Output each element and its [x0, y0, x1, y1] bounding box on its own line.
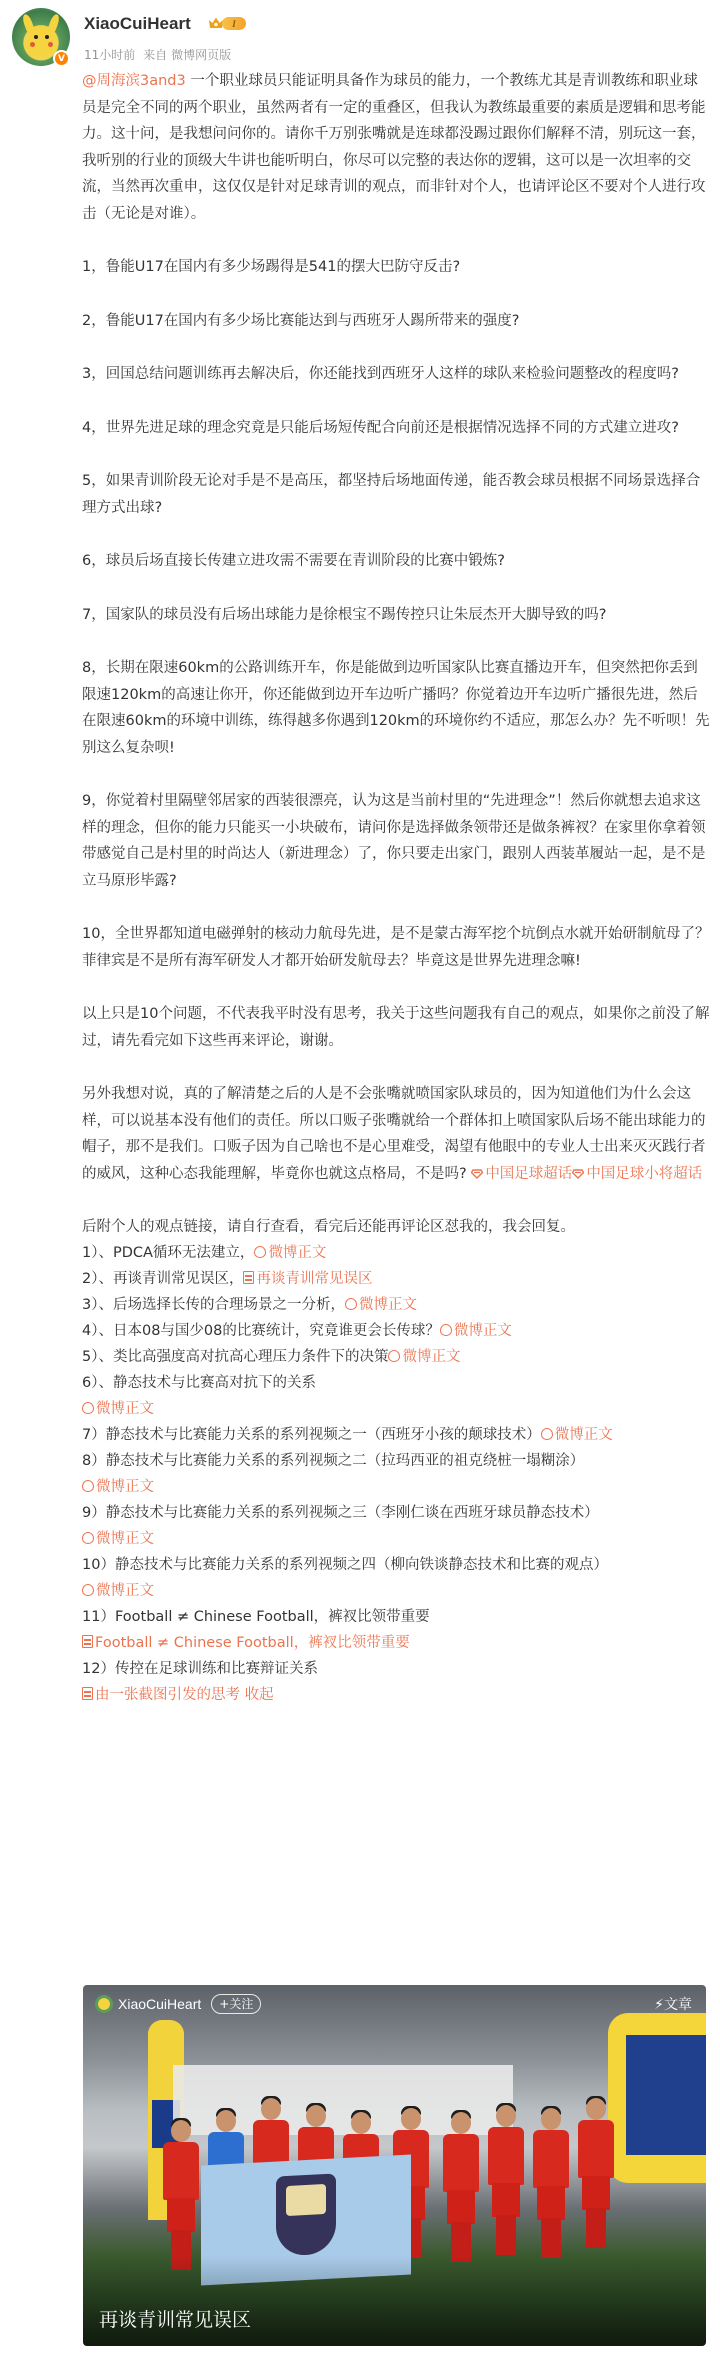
list-item: 11）Football ≠ Chinese Football，裤衩比领带重要Fo…: [82, 1604, 710, 1656]
list-item-text: 10）静态技术与比赛能力关系的系列视频之四（柳向铁谈静态技术和比赛的观点）: [82, 1557, 608, 1573]
avatar-cheek: [30, 42, 35, 47]
list-item: 1）、PDCA循环无法建立，微博正文: [82, 1240, 710, 1266]
link-label: 微博正文: [96, 1401, 154, 1417]
weibo-post-link[interactable]: 微博正文: [82, 1401, 154, 1417]
collapse-button[interactable]: 收起: [245, 1687, 274, 1703]
weibo-icon: [440, 1324, 452, 1336]
post-source[interactable]: 微博网页版: [171, 48, 231, 62]
link-label: 微博正文: [359, 1297, 417, 1313]
intro-paragraph: @周海滨3and3 一个职业球员只能证明具备作为球员的能力，一个教练尤其是青训教…: [82, 68, 710, 227]
card-overlay: [83, 2256, 706, 2346]
article-link[interactable]: 再谈青训常见误区: [243, 1271, 372, 1287]
links-intro: 后附个人的观点链接，请自行查看，看完后还能再评论区怼我的，我会回复。: [82, 1214, 710, 1240]
link-label: Football ≠ Chinese Football，裤衩比领带重要: [95, 1635, 410, 1651]
question-2: 2，鲁能U17在国内有多少场比赛能达到与西班牙人踢所带来的强度?: [82, 308, 710, 335]
list-item: 8）静态技术与比赛能力关系的系列视频之二（拉玛西亚的祖克绕桩一塌糊涂）微博正文: [82, 1448, 710, 1500]
list-item-text: 4）、日本08与国少08的比赛统计，究竟谁更会长传球？: [82, 1323, 440, 1339]
list-item: 6）、静态技术与比赛高对抗下的关系微博正文: [82, 1370, 710, 1422]
author-name[interactable]: XiaoCuiHeart: [84, 14, 191, 34]
list-item-text: 8）静态技术与比赛能力关系的系列视频之二（拉玛西亚的祖克绕桩一塌糊涂）: [82, 1453, 584, 1469]
list-item-text: 3）、后场选择长传的合理场景之一分析，: [82, 1297, 345, 1313]
article-link[interactable]: 由一张截图引发的思考: [82, 1687, 240, 1703]
weibo-post-link[interactable]: 微博正文: [440, 1323, 512, 1339]
closing-paragraph: 另外我想对说，真的了解清楚之后的人是不会张嘴就喷国家队球员的，因为知道他们为什么…: [82, 1081, 710, 1187]
list-item-text: 7）静态技术与比赛能力关系的系列视频之一（西班牙小孩的颠球技术）: [82, 1427, 541, 1443]
list-item: 4）、日本08与国少08的比赛统计，究竟谁更会长传球？微博正文: [82, 1318, 710, 1344]
link-label: 微博正文: [268, 1245, 326, 1261]
question-9: 9，你觉着村里隔壁邻居家的西装很漂亮，认为这是当前村里的“先进理念”！然后你就想…: [82, 788, 710, 894]
article-card[interactable]: XiaoCuiHeart +关注 ⚡文章 再谈青训常见误区: [83, 1985, 706, 2346]
list-item-text: 12）传控在足球训练和比赛辩证关系: [82, 1661, 318, 1677]
list-item: 3）、后场选择长传的合理场景之一分析，微博正文: [82, 1292, 710, 1318]
article-type-label: ⚡文章: [654, 1994, 692, 2014]
supertopic-icon: [471, 1169, 483, 1179]
weibo-icon: [254, 1246, 266, 1258]
intro-text: 一个职业球员只能证明具备作为球员的能力，一个教练尤其是青训教练和职业球员是完全不…: [82, 73, 706, 222]
link-label: 由一张截图引发的思考: [95, 1687, 240, 1703]
list-item-text: 5）、类比高强度高对抗高心理压力条件下的决策: [82, 1349, 388, 1365]
avatar-cheek: [48, 42, 53, 47]
weibo-post-link[interactable]: 微博正文: [82, 1583, 154, 1599]
link-label: 微博正文: [402, 1349, 460, 1365]
supertopic-icon: [572, 1169, 584, 1179]
summary-paragraph: 以上只是10个问题，不代表我平时没有思考，我关于这些问题我有自己的观点，如果你之…: [82, 1001, 710, 1054]
article-icon: [243, 1271, 254, 1284]
avatar-eye: [45, 35, 49, 39]
card-author: XiaoCuiHeart +关注: [95, 1994, 261, 2014]
link-label: 微博正文: [454, 1323, 512, 1339]
weibo-post-link[interactable]: 微博正文: [82, 1531, 154, 1547]
question-3: 3，回国总结问题训练再去解决后，你还能找到西班牙人这样的球队来检验问题整改的程度…: [82, 361, 710, 388]
list-item-text: 6）、静态技术与比赛高对抗下的关系: [82, 1375, 316, 1391]
weibo-post-link[interactable]: 微博正文: [82, 1479, 154, 1495]
question-8: 8，长期在限速60km的公路训练开车，你是能做到边听国家队比赛直播边开车，但突然…: [82, 655, 710, 761]
link-label: 微博正文: [96, 1479, 154, 1495]
question-10: 10，全世界都知道电磁弹射的核动力航母先进，是不是蒙古海军挖个坑倒点水就开始研制…: [82, 921, 710, 974]
mention-link[interactable]: @周海滨3and3: [82, 73, 186, 89]
weibo-icon: [82, 1532, 94, 1544]
player-figure: [163, 2120, 199, 2270]
weibo-icon: [82, 1584, 94, 1596]
question-1: 1，鲁能U17在国内有多少场踢得是541的摆大巴防守反击?: [82, 254, 710, 281]
verified-badge-icon: V: [53, 50, 70, 67]
list-item-text: 9）静态技术与比赛能力关系的系列视频之三（李刚仁谈在西班牙球员静态技术）: [82, 1505, 599, 1521]
article-link[interactable]: Football ≠ Chinese Football，裤衩比领带重要: [82, 1635, 410, 1651]
list-item: 9）静态技术与比赛能力关系的系列视频之三（李刚仁谈在西班牙球员静态技术）微博正文: [82, 1500, 710, 1552]
card-author-name[interactable]: XiaoCuiHeart: [118, 1996, 201, 2012]
player-figure: [443, 2112, 479, 2262]
list-item-text: 2）、再谈青训常见误区，: [82, 1271, 243, 1287]
list-item: 10）静态技术与比赛能力关系的系列视频之四（柳向铁谈静态技术和比赛的观点）微博正…: [82, 1552, 710, 1604]
weibo-post-link[interactable]: 微博正文: [345, 1297, 417, 1313]
level-badge[interactable]: I: [222, 17, 246, 30]
article-title[interactable]: 再谈青训常见误区: [99, 2305, 251, 2332]
list-item: 5）、类比高强度高对抗高心理压力条件下的决策微博正文: [82, 1344, 710, 1370]
list-item: 2）、再谈青训常见误区，再谈青训常见误区: [82, 1266, 710, 1292]
post-header: V XiaoCuiHeart I 11小时前 来自微博网页版: [12, 8, 712, 68]
card-avatar[interactable]: [95, 1995, 113, 2013]
topic-link-2[interactable]: 中国足球小将超话: [572, 1166, 702, 1182]
question-6: 6，球员后场直接长传建立进攻需不需要在青训阶段的比赛中锻炼?: [82, 548, 710, 575]
question-5: 5，如果青训阶段无论对手是不是高压，都坚持后场地面传递，能否教会球员根据不同场景…: [82, 468, 710, 521]
list-item: 12）传控在足球训练和比赛辩证关系由一张截图引发的思考 收起: [82, 1656, 710, 1708]
question-7: 7，国家队的球员没有后场出球能力是徐根宝不踢传控只让朱辰杰开大脚导致的吗?: [82, 602, 710, 629]
follow-button[interactable]: +关注: [211, 1994, 261, 2014]
source-prefix: 来自: [143, 48, 167, 62]
link-label: 微博正文: [96, 1583, 154, 1599]
weibo-icon: [82, 1480, 94, 1492]
article-icon: [82, 1687, 93, 1700]
link-label: 微博正文: [555, 1427, 613, 1443]
link-label: 微博正文: [96, 1531, 154, 1547]
weibo-post-link[interactable]: 微博正文: [541, 1427, 613, 1443]
weibo-icon: [345, 1298, 357, 1310]
avatar-eye: [34, 35, 38, 39]
topic-label: 中国足球超话: [485, 1166, 572, 1182]
inflatable-sign: [608, 2013, 706, 2183]
post-time[interactable]: 11小时前: [84, 48, 135, 62]
article-icon: [82, 1635, 93, 1648]
topic-label: 中国足球小将超话: [586, 1166, 702, 1182]
links-list: 后附个人的观点链接，请自行查看，看完后还能再评论区怼我的，我会回复。 1）、PD…: [82, 1214, 710, 1708]
player-figure: [578, 2098, 614, 2248]
list-item-text: 11）Football ≠ Chinese Football，裤衩比领带重要: [82, 1609, 430, 1625]
avatar-face: [28, 26, 54, 56]
list-item: 7）静态技术与比赛能力关系的系列视频之一（西班牙小孩的颠球技术）微博正文: [82, 1422, 710, 1448]
weibo-icon: [388, 1350, 400, 1362]
post-body: @周海滨3and3 一个职业球员只能证明具备作为球员的能力，一个教练尤其是青训教…: [82, 68, 710, 1708]
topic-link-1[interactable]: 中国足球超话: [471, 1166, 572, 1182]
player-figure: [533, 2108, 569, 2258]
player-figure: [488, 2105, 524, 2255]
weibo-post-link[interactable]: 微博正文: [254, 1245, 326, 1261]
post-meta: 11小时前 来自微博网页版: [84, 46, 235, 63]
weibo-icon: [541, 1428, 553, 1440]
weibo-icon: [82, 1402, 94, 1414]
club-crest: [276, 2173, 336, 2256]
weibo-post-link[interactable]: 微博正文: [388, 1349, 460, 1365]
question-4: 4，世界先进足球的理念究竟是只能后场短传配合向前还是根据情况选择不同的方式建立进…: [82, 415, 710, 442]
list-item-text: 1）、PDCA循环无法建立，: [82, 1245, 254, 1261]
link-label: 再谈青训常见误区: [256, 1271, 372, 1287]
